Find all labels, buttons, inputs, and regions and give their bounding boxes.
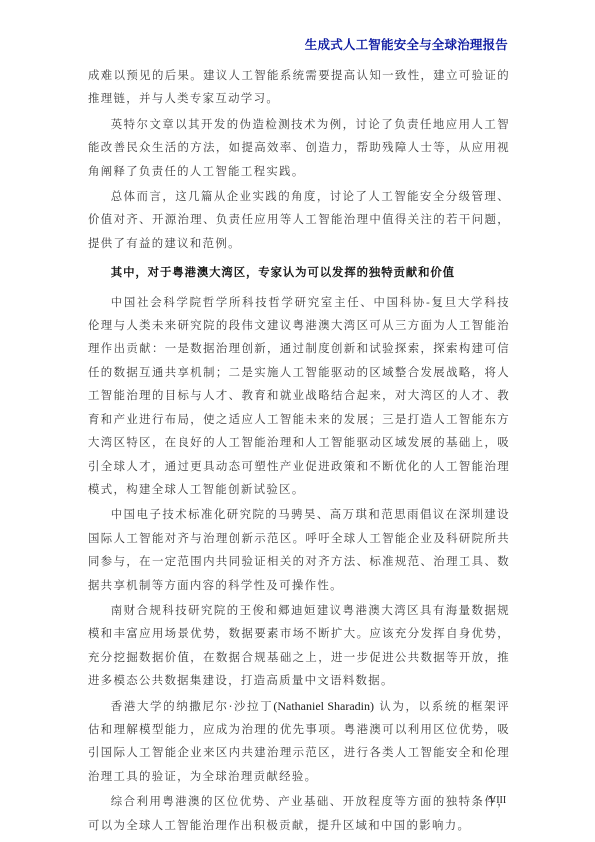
paragraph-sharadin-latin-name: (Nathaniel Sharadin) bbox=[273, 699, 374, 713]
paragraph-continuation: 成难以预见的后果。建议人工智能系统需要提高认知一致性，建立可验证的推理链，并与人… bbox=[88, 64, 510, 111]
paragraph-summary: 总体而言，这几篇从企业实践的角度，讨论了人工智能安全分级管理、价值对齐、开源治理… bbox=[88, 185, 510, 255]
page-body: 成难以预见的后果。建议人工智能系统需要提高认知一致性，建立可验证的推理链，并与人… bbox=[88, 64, 510, 839]
page-number: VIII bbox=[489, 795, 506, 806]
paragraph-nancai: 南财合规科技研究院的王俊和郷迪姮建议粤港澳大湾区具有海量数据规模和丰富应用场景优… bbox=[88, 599, 510, 693]
paragraph-cesi: 中国电子技术标准化研究院的马骋昊、高万琪和范思雨倡议在深圳建设国际人工智能对齐与… bbox=[88, 503, 510, 597]
paragraph-sharadin: 香港大学的纳撒尼尔·沙拉丁(Nathaniel Sharadin) 认为，以系统… bbox=[88, 695, 510, 789]
paragraph-intel: 英特尔文章以其开发的伪造检测技术为例，讨论了负责任地应用人工智能改善民众生活的方… bbox=[88, 113, 510, 183]
paragraph-conclusion: 综合利用粤港澳的区位优势、产业基础、开放程度等方面的独特条件，可以为全球人工智能… bbox=[88, 790, 510, 837]
section-subheading: 其中，对于粤港澳大湾区，专家认为可以发挥的独特贡献和价值 bbox=[88, 261, 510, 284]
running-header-title: 生成式人工智能安全与全球治理报告 bbox=[305, 35, 508, 53]
paragraph-sharadin-lead: 香港大学的纳撒尼尔·沙拉丁 bbox=[111, 699, 274, 713]
paragraph-duan-weiwen: 中国社会科学院哲学所科技哲学研究室主任、中国科协-复旦大学科技伦理与人类未来研究… bbox=[88, 291, 510, 502]
